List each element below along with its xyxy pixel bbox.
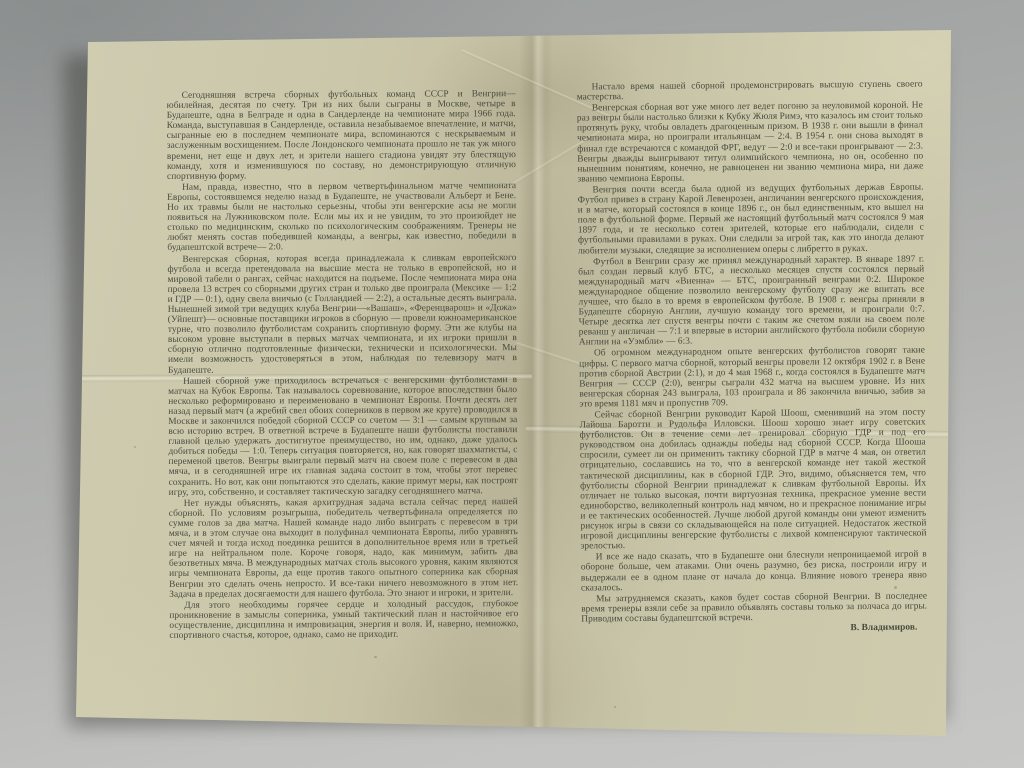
photo-backdrop: Сегодняшняя встреча сборных футбольных к… bbox=[0, 0, 1024, 768]
paragraph: И все же надо сказать, что в Будапеште о… bbox=[581, 550, 927, 593]
paper-speck bbox=[614, 706, 616, 708]
paragraph: Настало время нашей сборной продемонстри… bbox=[577, 80, 923, 103]
left-page-text-column: Сегодняшняя встреча сборных футбольных к… bbox=[167, 89, 519, 642]
center-fold-crease bbox=[519, 26, 553, 740]
author-signature: В. Владимиров. bbox=[581, 622, 927, 635]
paragraph: Нам, правда, известно, что в первом четв… bbox=[167, 181, 516, 253]
paragraph: Венгерская сборная, которая всегда прина… bbox=[167, 253, 517, 376]
paragraph: Венгерская сборная вот уже много лет вед… bbox=[577, 101, 924, 185]
paragraph: Футбол в Венгрии сразу же принял междуна… bbox=[578, 254, 925, 348]
paragraph: Нет нужды объяснять, какая архитрудная з… bbox=[169, 497, 519, 600]
paragraph: Для этого необходимы горячее сердце и хо… bbox=[169, 599, 518, 641]
paper-speck bbox=[374, 656, 377, 658]
right-page-text-column: Настало время нашей сборной продемонстри… bbox=[577, 80, 928, 637]
paragraph: Венгрия почти всегда была одной из ведущ… bbox=[577, 182, 924, 256]
paragraph: Об огромном международном опыте венгерск… bbox=[579, 346, 926, 410]
paragraph: Мы затрудняемся сказать, каков будет сос… bbox=[581, 591, 927, 624]
paragraph: Сейчас сборной Венгрии руководит Карой Ш… bbox=[579, 407, 926, 551]
paper-sheet: Сегодняшняя встреча сборных футбольных к… bbox=[74, 26, 955, 740]
paragraph: Сегодняшняя встреча сборных футбольных к… bbox=[167, 89, 516, 182]
paragraph: Нашей сборной уже приходилось встречатьс… bbox=[168, 375, 518, 498]
paper-speck bbox=[134, 446, 136, 448]
